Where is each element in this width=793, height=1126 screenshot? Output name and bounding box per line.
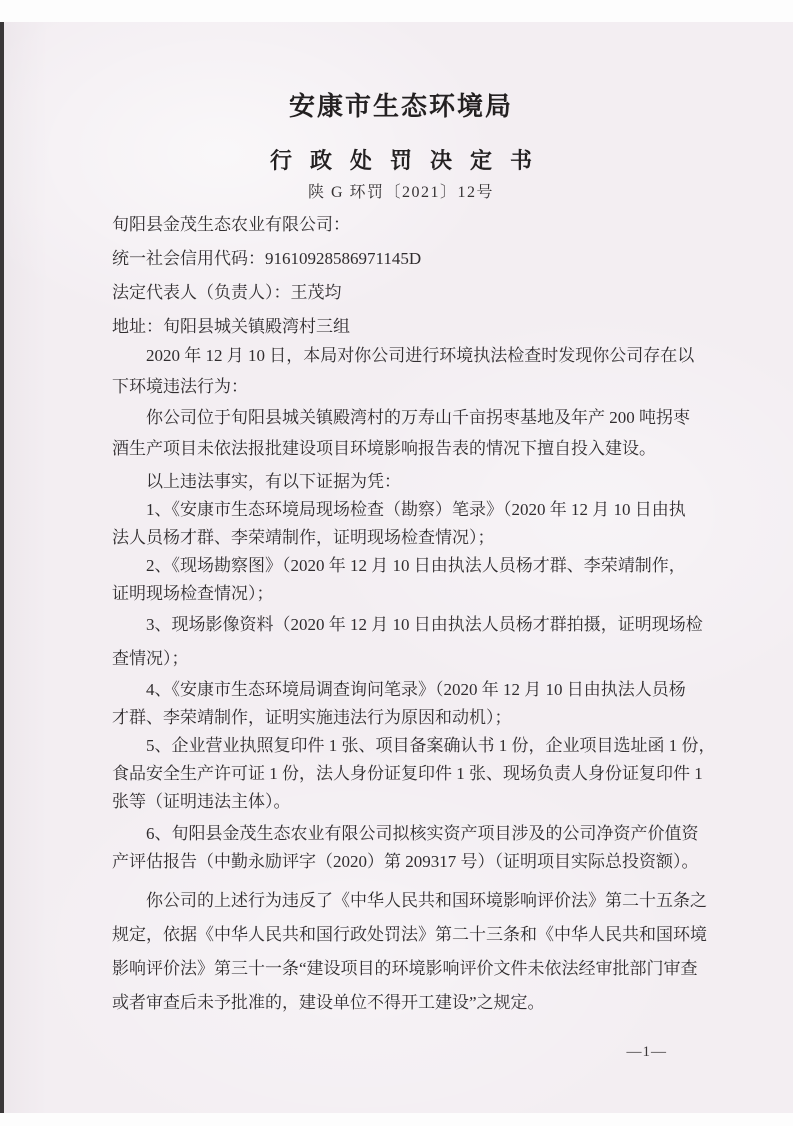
recipient-block: 旬阳县金茂生态农业有限公司：统一社会信用代码：91610928586971145… — [112, 208, 690, 344]
body-line: 6、旬阳县金茂生态农业有限公司拟核实资产项目涉及的公司净资产价值资 — [112, 820, 690, 848]
document-number: 陕 G 环罚〔2021〕12号 — [112, 182, 690, 204]
body-paragraph: 2、《现场勘察图》（2020 年 12 月 10 日由执法人员杨才群、李荣靖制作… — [112, 552, 690, 608]
recipient-line: 法定代表人（负责人）：王茂均 — [112, 276, 690, 310]
recipient-line: 旬阳县金茂生态农业有限公司： — [112, 208, 690, 242]
body-line: 2020 年 12 月 10 日，本局对你公司进行环境执法检查时发现你公司存在以 — [112, 340, 690, 371]
body-line: 3、现场影像资料（2020 年 12 月 10 日由执法人员杨才群拍摄，证明现场… — [112, 608, 690, 642]
body-paragraph: 1、《安康市生态环境局现场检查（勘察）笔录》（2020 年 12 月 10 日由… — [112, 496, 690, 552]
body-paragraph: 3、现场影像资料（2020 年 12 月 10 日由执法人员杨才群拍摄，证明现场… — [112, 608, 690, 676]
body-paragraph: 你公司位于旬阳县城关镇殿湾村的万寿山千亩拐枣基地及年产 200 吨拐枣酒生产项目… — [112, 402, 690, 464]
body-line: 1、《安康市生态环境局现场检查（勘察）笔录》（2020 年 12 月 10 日由… — [112, 496, 690, 524]
document-page: 安康市生态环境局 行政处罚决定书 陕 G 环罚〔2021〕12号 旬阳县金茂生态… — [0, 22, 793, 1113]
body-line: 2、《现场勘察图》（2020 年 12 月 10 日由执法人员杨才群、李荣靖制作… — [112, 552, 690, 580]
body-paragraphs: 2020 年 12 月 10 日，本局对你公司进行环境执法检查时发现你公司存在以… — [112, 340, 690, 1020]
body-line: 影响评价法》第三十一条“建设项目的环境影响评价文件未依法经审批部门审查 — [112, 952, 690, 986]
body-line: 4、《安康市生态环境局调查询问笔录》（2020 年 12 月 10 日由执法人员… — [112, 676, 690, 704]
scan-edge-line — [0, 22, 4, 1113]
body-line: 下环境违法行为： — [112, 371, 690, 402]
body-paragraph: 2020 年 12 月 10 日，本局对你公司进行环境执法检查时发现你公司存在以… — [112, 340, 690, 402]
screenshot-canvas: 安康市生态环境局 行政处罚决定书 陕 G 环罚〔2021〕12号 旬阳县金茂生态… — [0, 0, 793, 1126]
body-paragraph: 你公司的上述行为违反了《中华人民共和国环境影响评价法》第二十五条之规定，依据《中… — [112, 884, 690, 1020]
body-line: 你公司的上述行为违反了《中华人民共和国环境影响评价法》第二十五条之 — [112, 884, 690, 918]
document-title: 行政处罚决定书 — [130, 144, 690, 178]
body-line: 张等（证明违法主体）。 — [112, 788, 690, 816]
recipient-line: 地址：旬阳县城关镇殿湾村三组 — [112, 310, 690, 344]
body-line: 酒生产项目未依法报批建设项目环境影响报告表的情况下擅自投入建设。 — [112, 433, 690, 464]
issuing-authority-title: 安康市生态环境局 — [112, 88, 690, 124]
body-paragraph: 4、《安康市生态环境局调查询问笔录》（2020 年 12 月 10 日由执法人员… — [112, 676, 690, 732]
body-line: 查情况）； — [112, 642, 690, 676]
body-line: 5、企业营业执照复印件 1 张、项目备案确认书 1 份，企业项目选址函 1 份， — [112, 732, 690, 760]
page-number: —1— — [627, 1044, 668, 1061]
body-line: 你公司位于旬阳县城关镇殿湾村的万寿山千亩拐枣基地及年产 200 吨拐枣 — [112, 402, 690, 433]
body-line: 才群、李荣靖制作，证明实施违法行为原因和动机）； — [112, 704, 690, 732]
body-line: 法人员杨才群、李荣靖制作，证明现场检查情况）； — [112, 524, 690, 552]
body-line: 证明现场检查情况）； — [112, 580, 690, 608]
recipient-line: 统一社会信用代码：91610928586971145D — [112, 242, 690, 276]
body-line: 食品安全生产许可证 1 份，法人身份证复印件 1 张、现场负责人身份证复印件 1 — [112, 760, 690, 788]
body-line: 规定，依据《中华人民共和国行政处罚法》第二十三条和《中华人民共和国环境 — [112, 918, 690, 952]
body-line: 或者审查后未予批准的，建设单位不得开工建设”之规定。 — [112, 986, 690, 1020]
body-paragraph: 6、旬阳县金茂生态农业有限公司拟核实资产项目涉及的公司净资产价值资产评估报告（中… — [112, 820, 690, 876]
body-paragraph: 以上违法事实，有以下证据为凭： — [112, 468, 690, 496]
body-line: 以上违法事实，有以下证据为凭： — [112, 468, 690, 496]
body-paragraph: 5、企业营业执照复印件 1 张、项目备案确认书 1 份，企业项目选址函 1 份，… — [112, 732, 690, 816]
body-line: 产评估报告（中勤永励评字（2020）第 209317 号）（证明项目实际总投资额… — [112, 848, 690, 876]
